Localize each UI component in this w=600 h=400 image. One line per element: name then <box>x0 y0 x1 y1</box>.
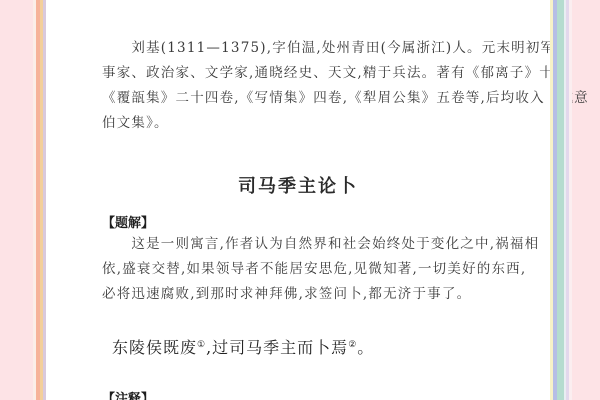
quote-text: 东陵侯既废 <box>112 338 197 357</box>
right-stripe <box>557 0 564 400</box>
document-page: 刘基(1311—1375),字伯温,处州青田(今属浙江)人。元末明初军 事家、政… <box>46 0 550 400</box>
article-title: 司马季主论卜 <box>46 172 550 198</box>
explanation-paragraph: 这是一则寓言,作者认为自然界和社会始终处于变化之中,祸福相 依,盛衰交替,如果领… <box>102 232 522 307</box>
classical-text-quote: 东陵侯既废①,过司马季主而卜焉②。 <box>112 335 374 358</box>
intro-line: 《覆瓿集》二十四卷,《写情集》四卷,《犁眉公集》五卷等,后均收入《诚意 <box>102 86 522 111</box>
notes-heading: 【注释】 <box>102 388 154 400</box>
quote-text: 。 <box>357 338 374 357</box>
quote-text: ,过司马季主而卜焉 <box>206 338 348 357</box>
explanation-line: 依,盛衰交替,如果领导者不能居安思危,见微知著,一切美好的东西, <box>102 257 522 282</box>
intro-line: 事家、政治家、文学家,通晓经史、天文,精于兵法。著有《郁离子》十卷, <box>102 61 522 86</box>
author-intro-paragraph: 刘基(1311—1375),字伯温,处州青田(今属浙江)人。元末明初军 事家、政… <box>102 36 522 136</box>
explanation-heading: 【题解】 <box>102 212 154 231</box>
explanation-line: 这是一则寓言,作者认为自然界和社会始终处于变化之中,祸福相 <box>102 232 522 257</box>
footnote-marker: ② <box>348 340 357 350</box>
explanation-line: 必将迅速腐败,到那时求神拜佛,求签问卜,都无济于事了。 <box>102 282 522 307</box>
intro-line: 伯文集》。 <box>102 111 522 136</box>
right-stripe <box>569 0 572 400</box>
footnote-marker: ① <box>197 340 206 350</box>
intro-line: 刘基(1311—1375),字伯温,处州青田(今属浙江)人。元末明初军 <box>102 36 522 61</box>
